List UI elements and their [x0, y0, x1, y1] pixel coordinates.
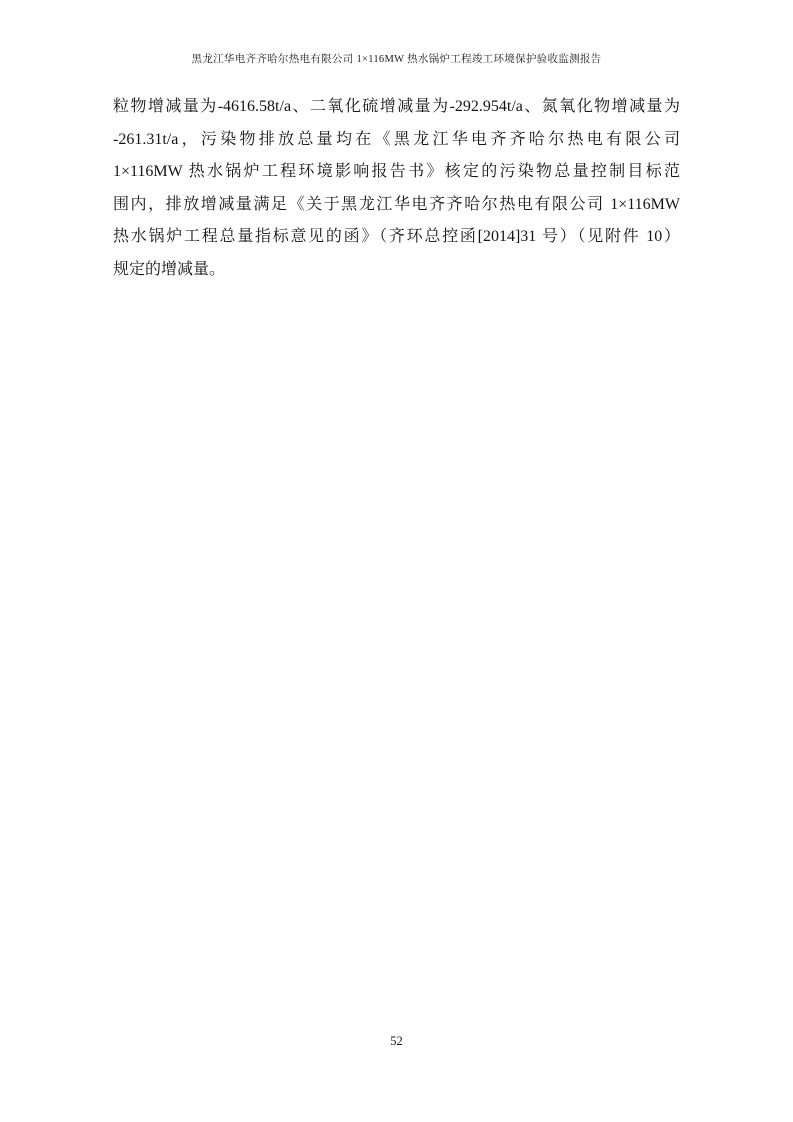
page-number: 52 [0, 1034, 793, 1049]
body-line: -261.31t/a，污染物排放总量均在《黑龙江华电齐齐哈尔热电有限公司 [113, 124, 680, 157]
body-paragraph: 粒物增减量为-4616.58t/a、二氧化硫增减量为-292.954t/a、氮氧… [113, 91, 680, 286]
body-line: 粒物增减量为-4616.58t/a、二氧化硫增减量为-292.954t/a、氮氧… [113, 91, 680, 124]
body-line: 1×116MW 热水锅炉工程环境影响报告书》核定的污染物总量控制目标范 [113, 156, 680, 189]
body-line: 围内，排放增减量满足《关于黑龙江华电齐齐哈尔热电有限公司 1×116MW [113, 189, 680, 222]
body-line: 规定的增减量。 [113, 254, 680, 287]
running-header: 黑龙江华电齐齐哈尔热电有限公司 1×116MW 热水锅炉工程竣工环境保护验收监测… [0, 51, 793, 66]
document-page: 黑龙江华电齐齐哈尔热电有限公司 1×116MW 热水锅炉工程竣工环境保护验收监测… [0, 0, 793, 1122]
body-line: 热水锅炉工程总量指标意见的函》（齐环总控函[2014]31 号）（见附件 10） [113, 221, 680, 254]
